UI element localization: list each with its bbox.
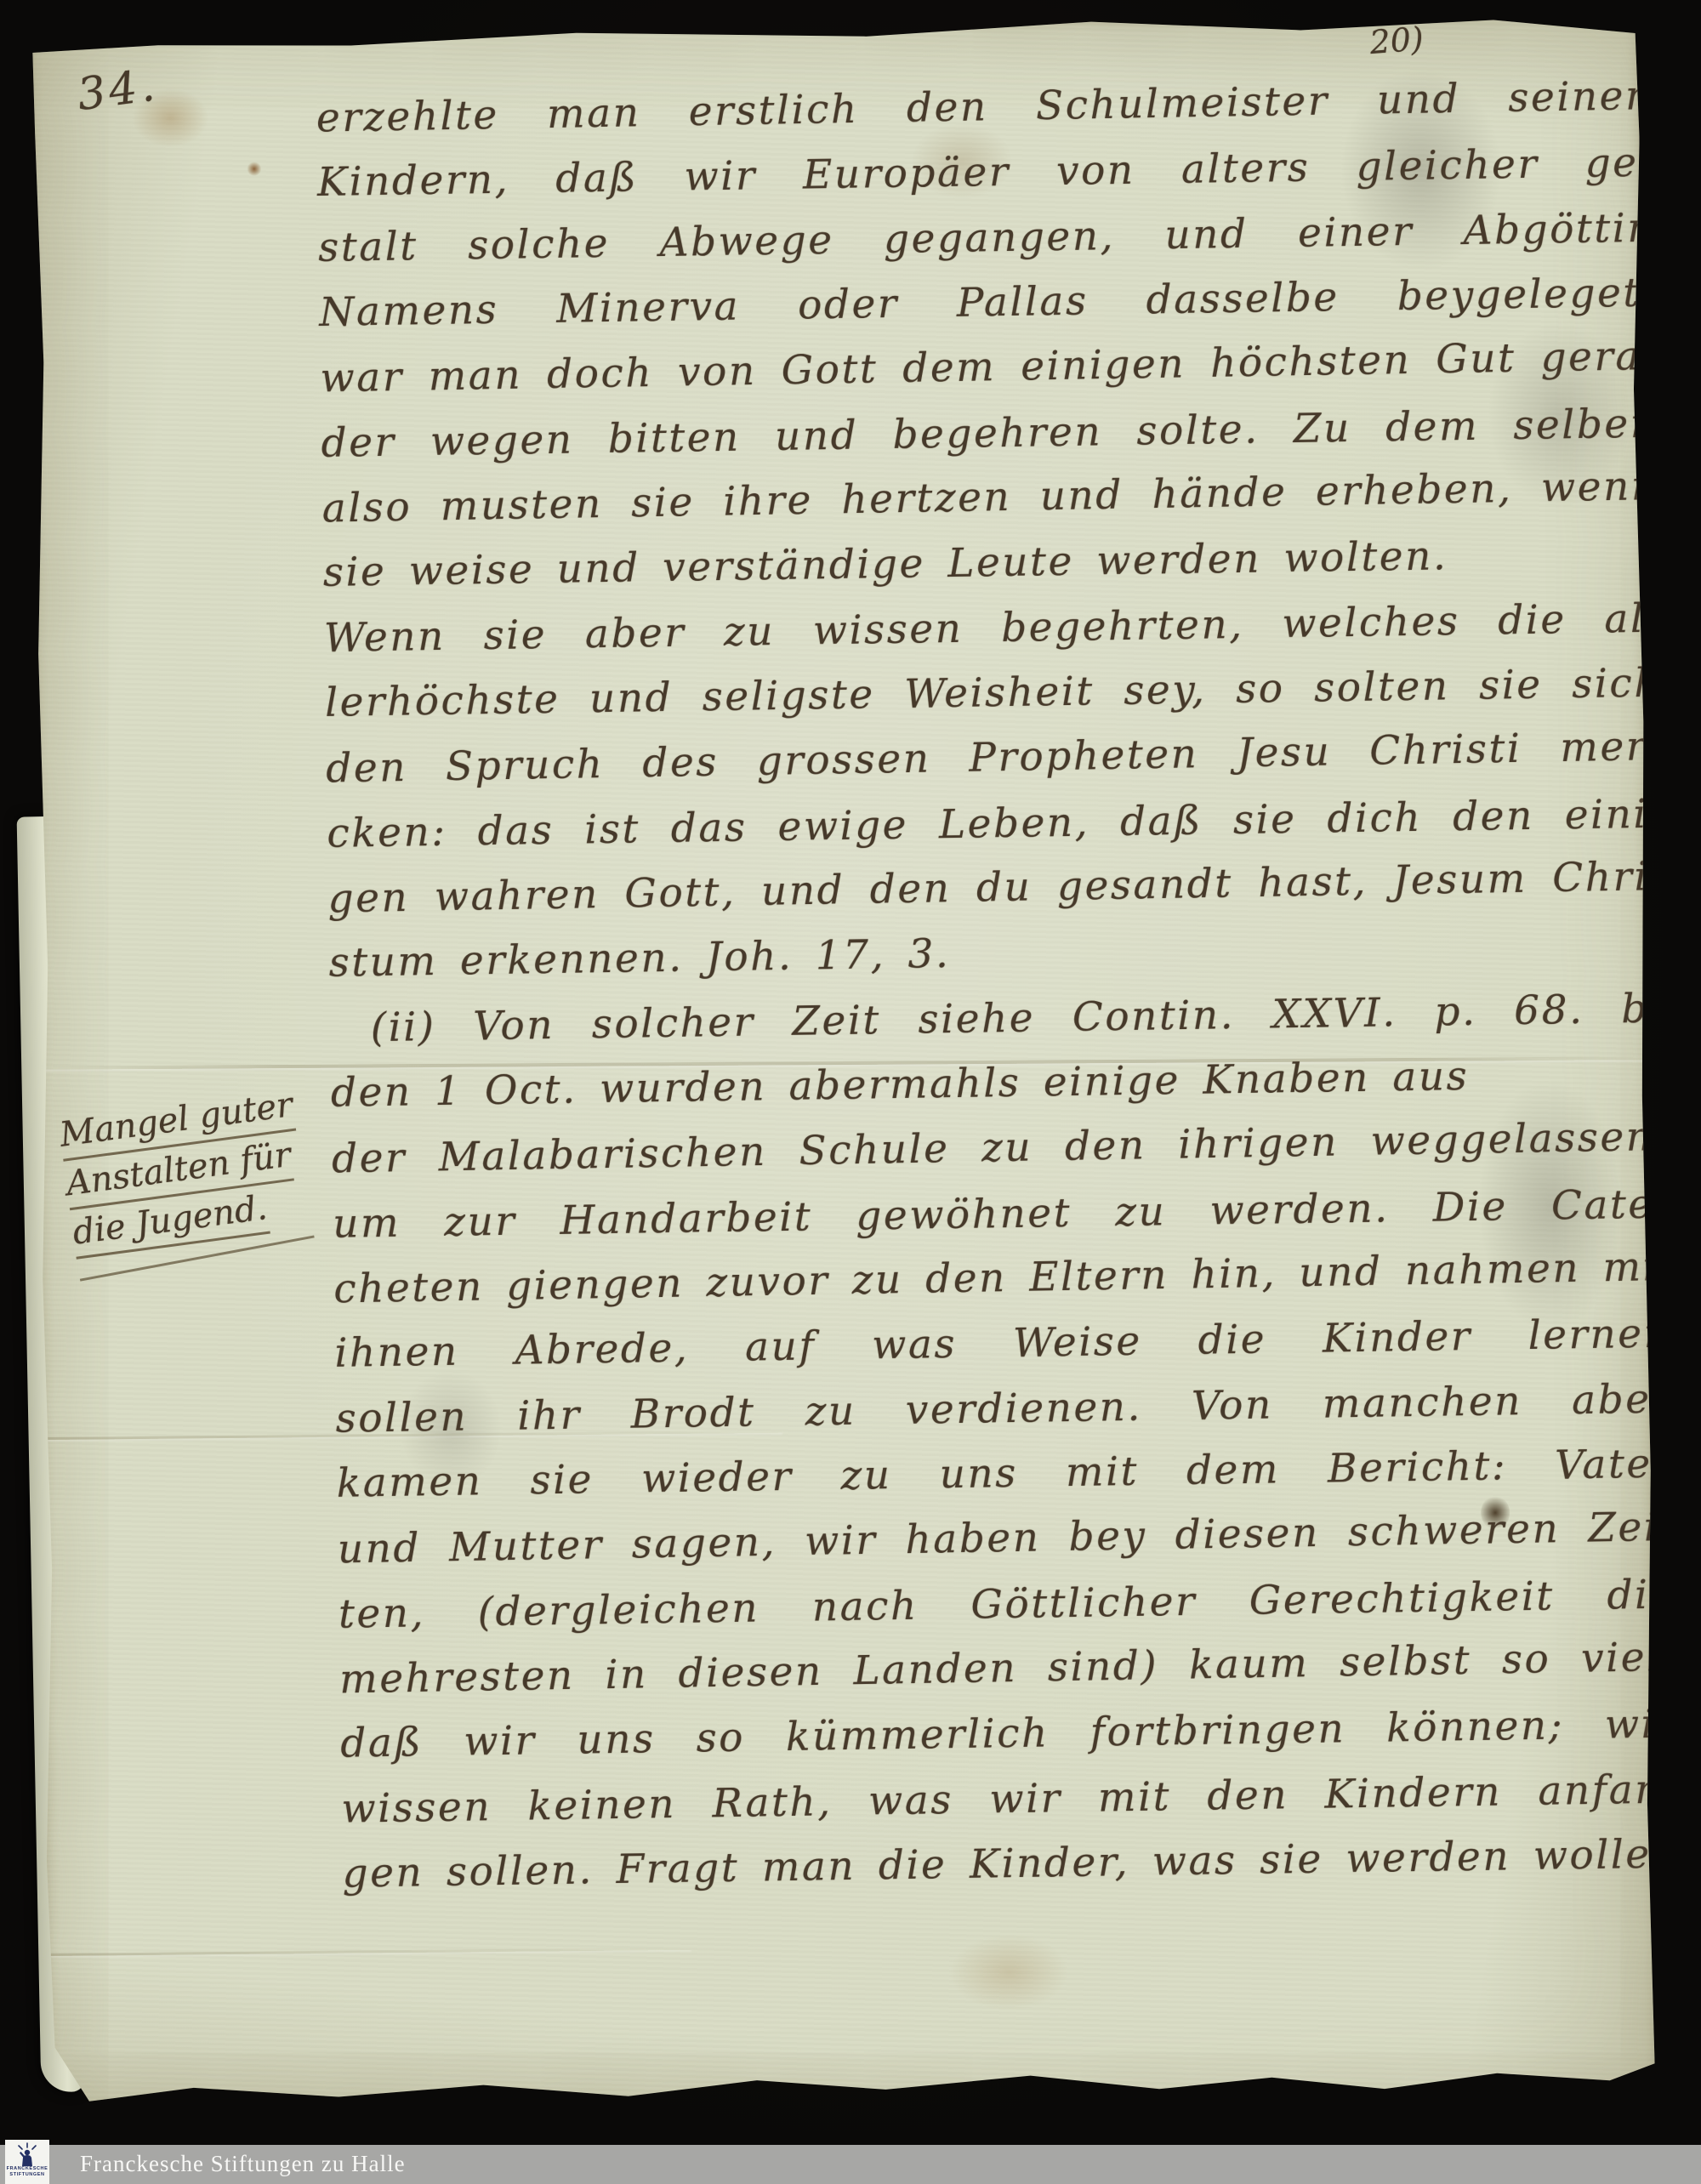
corner-annotation: 20) <box>1368 20 1425 61</box>
manuscript-page: 34. 20) erzehlte man erstlich den Schulm… <box>29 14 1658 2110</box>
manuscript-text-block: erzehlte man erstlich den Schulmeister u… <box>316 65 1680 1907</box>
margin-note: Mangel guter Anstalten für die Jugend. <box>57 1075 363 1262</box>
footer-bar: FRANCKESCHE STIFTUNGEN Franckesche Stift… <box>0 2145 1701 2184</box>
logo-caption-line1: FRANCKESCHE <box>7 2166 48 2171</box>
franckesche-stiftungen-logo: FRANCKESCHE STIFTUNGEN <box>5 2140 49 2184</box>
logo-caption: FRANCKESCHE STIFTUNGEN <box>7 2166 48 2177</box>
logo-caption-line2: STIFTUNGEN <box>9 2172 44 2177</box>
francke-emblem-icon <box>16 2142 38 2166</box>
footer-institution-label: Franckesche Stiftungen zu Halle <box>80 2151 406 2177</box>
fold-crease <box>48 1948 691 1956</box>
page-number: 34. <box>74 60 161 121</box>
foxing-stain <box>949 1934 1069 2011</box>
ink-spot <box>247 162 262 176</box>
scanned-manuscript-view: 34. 20) erzehlte man erstlich den Schulm… <box>0 0 1701 2184</box>
